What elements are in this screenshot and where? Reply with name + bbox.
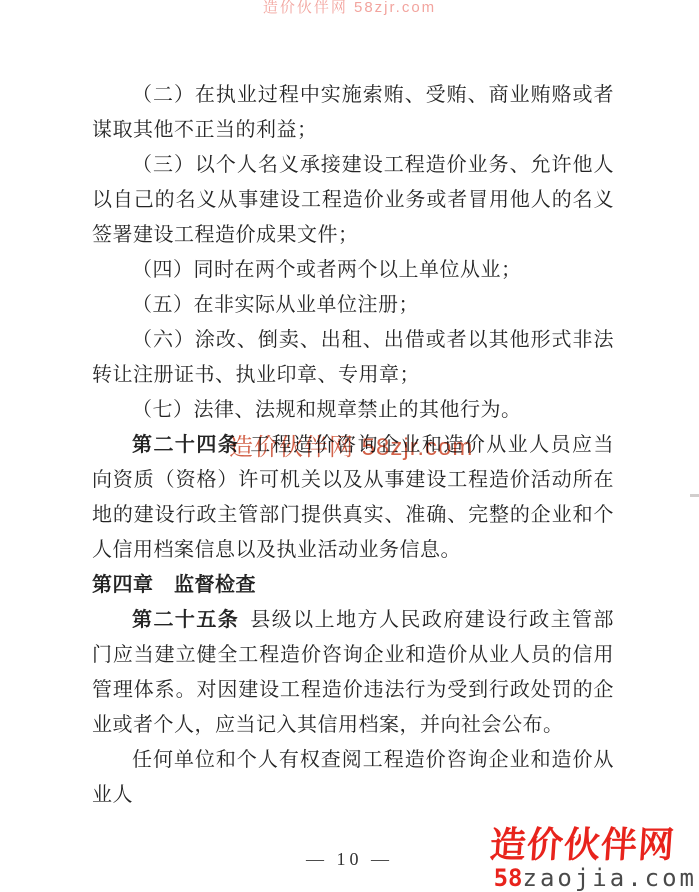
- site-domain-prefix: 58: [494, 864, 523, 892]
- site-name-text: 造价伙伴网: [488, 827, 698, 863]
- article-25-term: 第二十五条: [132, 609, 239, 631]
- top-watermark: 造价伙伴网 58zjr.com: [263, 0, 436, 16]
- site-domain-rest: zaojia.com: [523, 864, 698, 892]
- article-25: 第二十五条县级以上地方人民政府建设行政主管部门应当建立健全工程造价咨询企业和造价…: [92, 603, 614, 743]
- paragraph-item-6: （六）涂改、倒卖、出租、出借或者以其他形式非法转让注册证书、执业印章、专用章；: [92, 323, 614, 393]
- paragraph-item-4: （四）同时在两个或者两个以上单位从业；: [92, 253, 614, 288]
- site-watermark-logo: 造价伙伴网 58zaojia.com: [490, 827, 697, 890]
- site-domain-text: 58zaojia.com: [490, 866, 697, 890]
- paragraph-item-5: （五）在非实际从业单位注册；: [92, 288, 614, 323]
- paragraph-item-7: （七）法律、法规和规章禁止的其他行为。: [92, 393, 614, 428]
- paragraph-continuation: 任何单位和个人有权查阅工程造价咨询企业和造价从业人: [92, 743, 614, 813]
- chapter-4-heading: 第四章 监督检查: [92, 568, 614, 603]
- article-24-term: 第二十四条: [132, 434, 239, 456]
- paragraph-item-2: （二）在执业过程中实施索贿、受贿、商业贿赂或者谋取其他不正当的利益；: [92, 78, 614, 148]
- scan-edge-artifact: [690, 494, 699, 497]
- paragraph-item-3: （三）以个人名义承接建设工程造价业务、允许他人以自己的名义从事建设工程造价业务或…: [92, 148, 614, 253]
- middle-watermark: 造价伙伴网 58zjr.com: [229, 435, 473, 461]
- document-page: 造价伙伴网 58zjr.com （二）在执业过程中实施索贿、受贿、商业贿赂或者谋…: [0, 0, 699, 892]
